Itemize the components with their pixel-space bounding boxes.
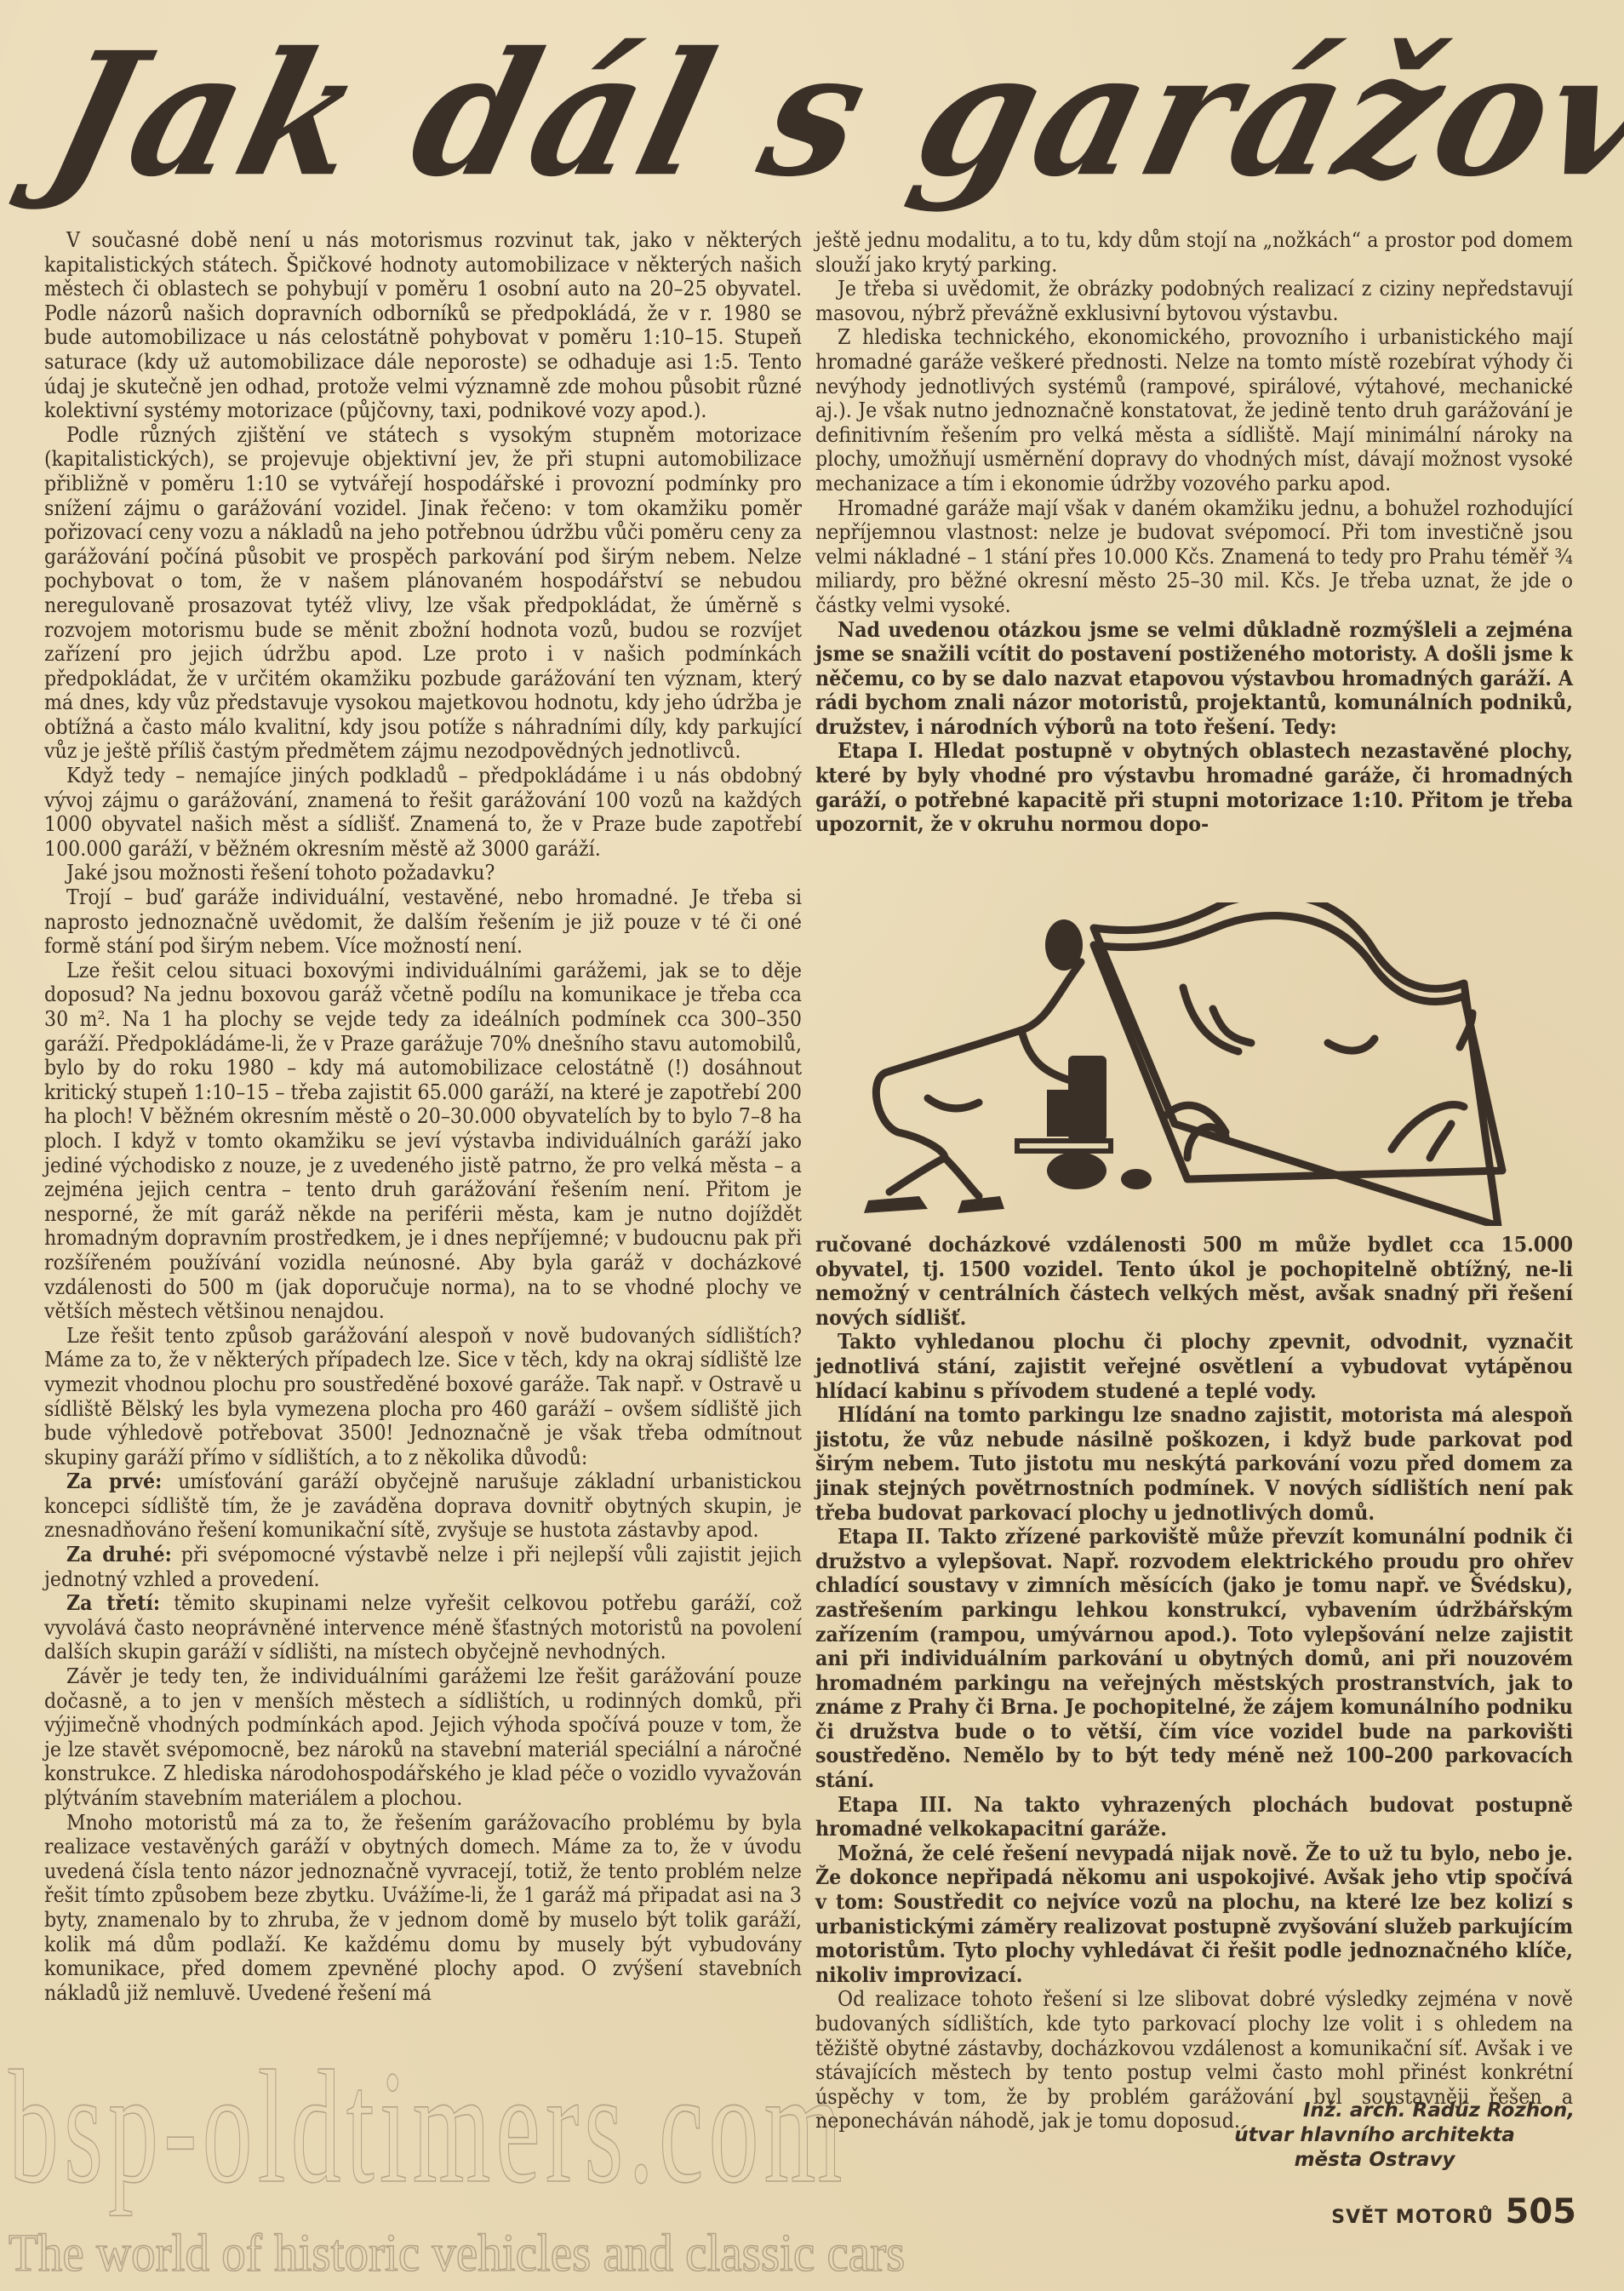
paragraph: Možná, že celé řešení nevypadá nijak nov…	[815, 1841, 1573, 1988]
paragraph: Lze řešit celou situaci boxovými individ…	[44, 959, 802, 1324]
left-column: V současné době není u nás motorismus ro…	[44, 228, 802, 2005]
paragraph: Nad uvedenou otázkou jsme se velmi důkla…	[815, 618, 1573, 740]
watermark-domain: bsp-oldtimers.com	[9, 2035, 848, 2220]
page-footer: SVĚT MOTORŮ 505	[1331, 2192, 1576, 2231]
paragraph: Takto vyhledanou plochu či plochy zpevni…	[815, 1330, 1573, 1403]
man-body	[876, 962, 1081, 1192]
stage-3-paragraph: Etapa III. Na takto vyhrazených plochách…	[815, 1793, 1573, 1841]
page-number: 505	[1506, 2192, 1577, 2231]
watermark-tagline: The world of historic vehicles and class…	[9, 2224, 905, 2284]
paragraph: Lze řešit tento způsob garážování alespo…	[44, 1324, 802, 1470]
paragraph: Mnoho motoristů má za to, že řešením gar…	[44, 1811, 802, 2006]
paragraph: Z hlediska technického, ekonomického, pr…	[815, 325, 1573, 495]
stage-1-paragraph: Etapa I. Hledat postupně v obytných obla…	[815, 739, 1573, 836]
reason-label: Za třetí:	[66, 1590, 160, 1615]
reason-paragraph: Za prvé: umísťování garáží obyčejně naru…	[44, 1469, 802, 1543]
paragraph: ručované docházkové vzdálenosti 500 m mů…	[815, 1233, 1573, 1330]
wheel	[1047, 1152, 1106, 1189]
paragraph: Když tedy – nemajíce jiných podkladů – p…	[44, 764, 802, 861]
paragraph: ještě jednu modalitu, a to tu, kdy dům s…	[815, 228, 1573, 277]
proposal-block-continued: ručované docházkové vzdálenosti 500 m mů…	[815, 1233, 1573, 1987]
paragraph: Hromadné garáže mají však v daném okamži…	[815, 496, 1573, 618]
paragraph: Hlídání na tomto parkingu lze snadno zaj…	[815, 1403, 1573, 1525]
author-affiliation: útvar hlavního architekta	[1175, 2123, 1575, 2148]
paragraph: Trojí – buď garáže individuální, vestavě…	[44, 885, 802, 959]
reason-label: Za druhé:	[66, 1542, 172, 1566]
reason-paragraph: Za druhé: při svépomocné výstavbě nelze …	[44, 1543, 802, 1591]
stage-2-paragraph: Etapa II. Takto zřízené parkoviště může …	[815, 1525, 1573, 1793]
paragraph: Jaké jsou možnosti řešení tohoto požadav…	[44, 861, 802, 885]
author-name: Inž. arch. Radúz Rozhon,	[1175, 2099, 1575, 2123]
paragraph: Závěr je tedy ten, že individuálními gar…	[44, 1664, 802, 1811]
paragraph: V současné době není u nás motorismus ro…	[44, 228, 802, 423]
right-column-bottom: ručované docházkové vzdálenosti 500 m mů…	[815, 1233, 1573, 2133]
author-signature: Inž. arch. Radúz Rozhon, útvar hlavního …	[1175, 2099, 1575, 2173]
cartoon-illustration	[851, 902, 1583, 1226]
right-column-top: ještě jednu modalitu, a to tu, kdy dům s…	[815, 228, 1573, 837]
man-head	[1045, 919, 1083, 971]
reason-paragraph: Za třetí: těmito skupinami nelze vyřešit…	[44, 1591, 802, 1664]
author-city: města Ostravy	[1175, 2148, 1575, 2173]
reason-label: Za prvé:	[66, 1469, 162, 1493]
paragraph: Podle různých zjištění ve státech s vyso…	[44, 423, 802, 764]
magazine-name: SVĚT MOTORŮ	[1331, 2207, 1494, 2228]
article-title: Jak dál s garážováním?	[34, 26, 1624, 204]
proposal-block: Nad uvedenou otázkou jsme se velmi důkla…	[815, 618, 1573, 837]
paragraph: Je třeba si uvědomit, že obrázky podobný…	[815, 277, 1573, 325]
